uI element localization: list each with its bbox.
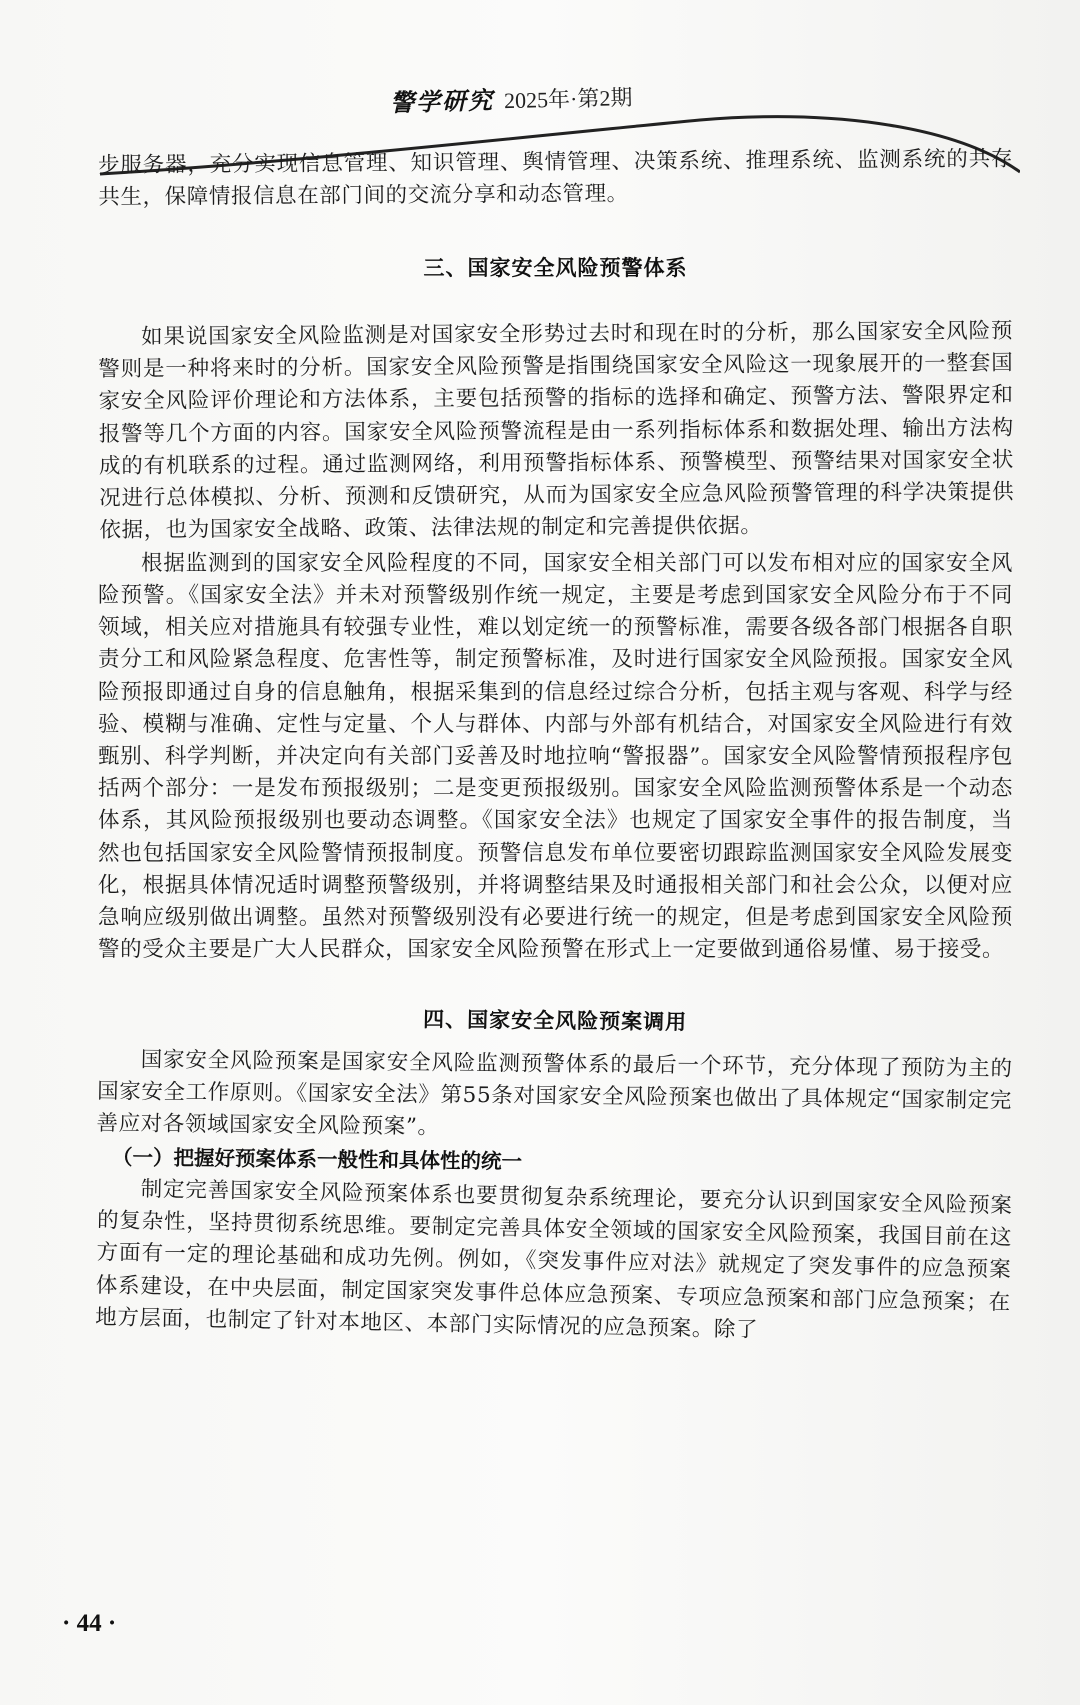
- section-3-paragraph-1: 如果说国家安全风险监测是对国家安全形势过去时和现在时的分析，那么国家安全风险预警…: [98, 316, 1015, 548]
- section-heading-3: 三、国家安全风险预警体系: [98, 252, 1013, 282]
- page-number: · 44 ·: [62, 1610, 116, 1638]
- section-3-paragraph-2: 根据监测到的国家安全风险程度的不同，国家安全相关部门可以发布相对应的国家安全风险…: [98, 548, 1013, 967]
- subsection-1-paragraph: 制定完善国家安全风险预案体系也要贯彻复杂系统理论，要充分认识到国家安全风险预案的…: [95, 1173, 1013, 1352]
- issue-label: 2025年·第2期: [504, 81, 633, 115]
- continuation-paragraph: 步服务器，充分实现信息管理、知识管理、舆情管理、决策系统、推理系统、监测系统的共…: [98, 144, 1013, 215]
- section-4-intro-paragraph: 国家安全风险预案是国家安全风险监测预警体系的最后一个环节，充分体现了预防为主的国…: [96, 1044, 1013, 1150]
- section-heading-4: 四、国家安全风险预案调用: [97, 1000, 1013, 1040]
- scanned-journal-page: 警学研究 2025年·第2期 步服务器，充分实现信息管理、知识管理、舆情管理、决…: [0, 0, 1080, 1705]
- article-body: 步服务器，充分实现信息管理、知识管理、舆情管理、决策系统、推理系统、监测系统的共…: [98, 150, 1013, 1334]
